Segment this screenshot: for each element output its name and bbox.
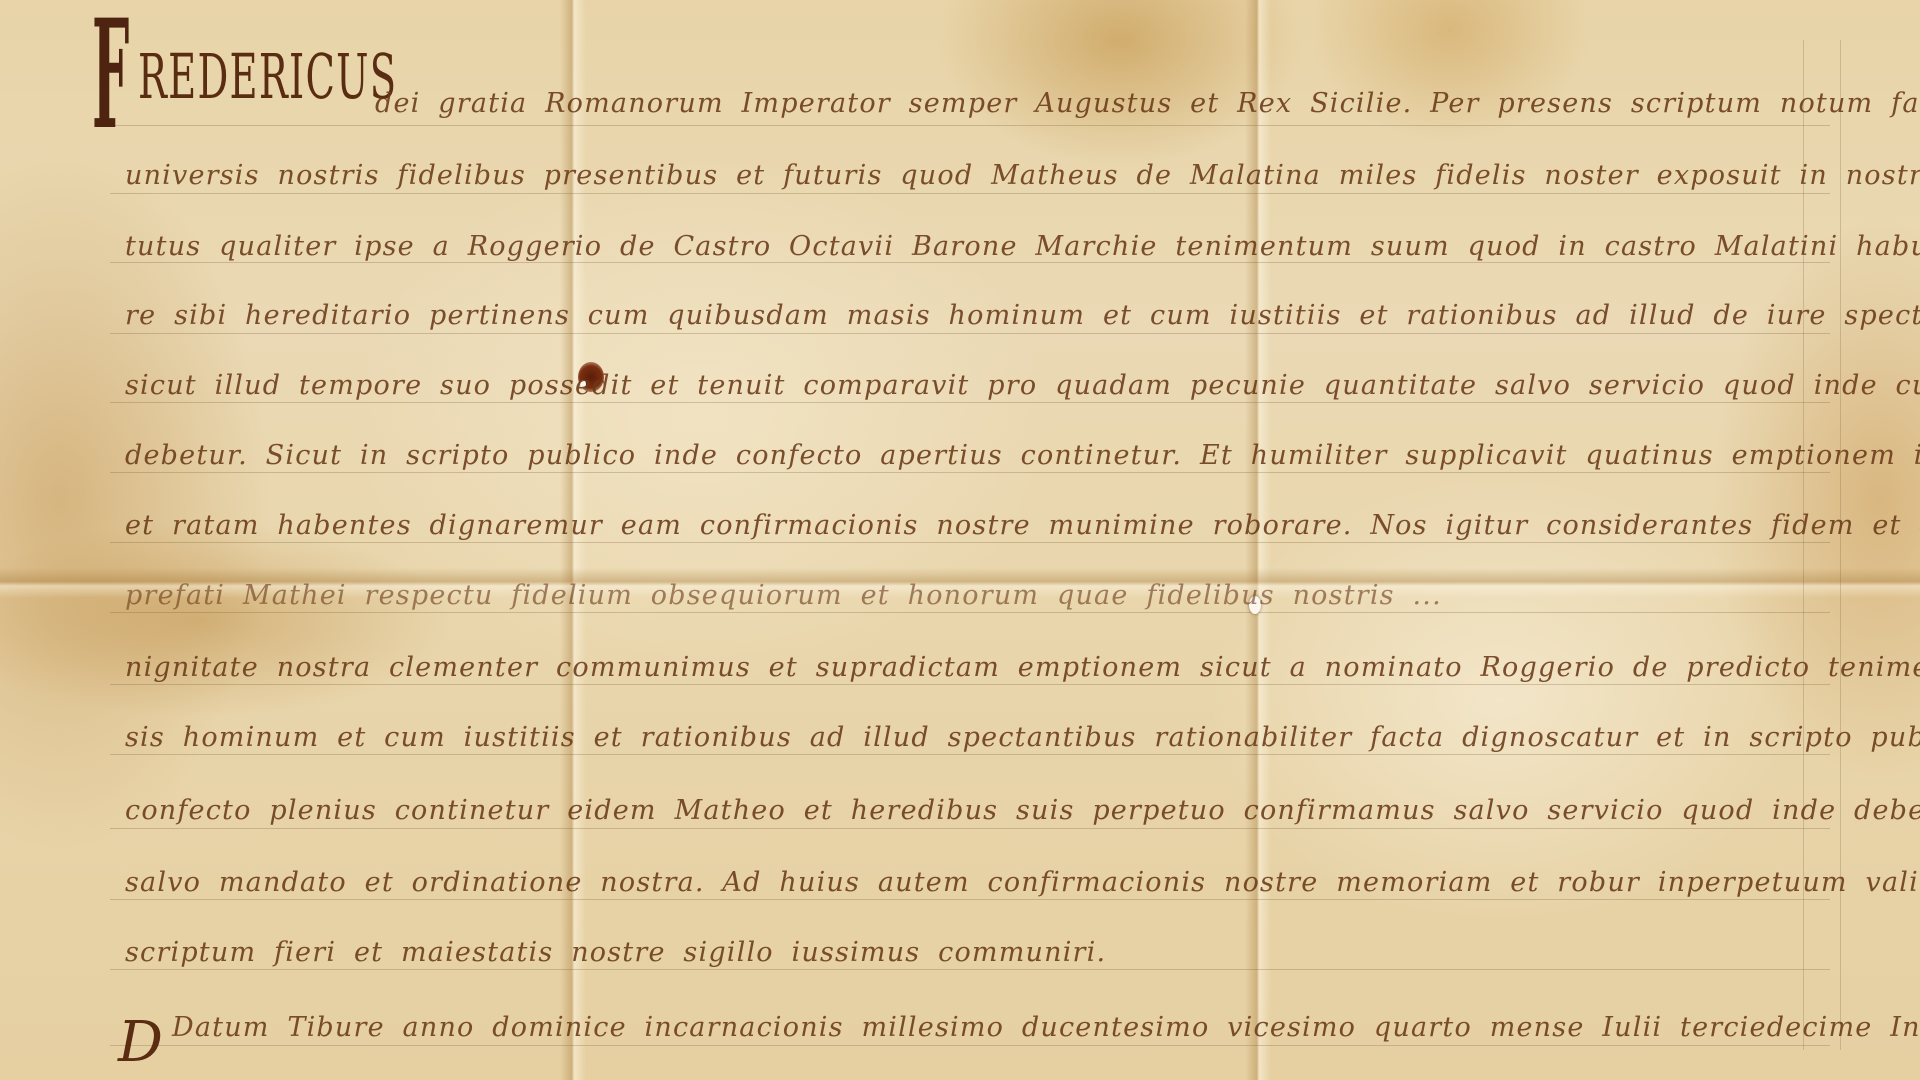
text-line-1: dei gratia Romanorum Imperator semper Au… bbox=[375, 88, 1920, 119]
ruling-line bbox=[110, 1045, 1830, 1046]
text-line-11: confecto plenius continetur eidem Matheo… bbox=[125, 795, 1920, 826]
ruling-line bbox=[110, 333, 1830, 334]
text-line-3: tutus qualiter ipse a Roggerio de Castro… bbox=[125, 231, 1920, 262]
text-line-2: universis nostris fidelibus presentibus … bbox=[125, 160, 1920, 191]
charter-parchment: F REDERICUS dei gratia Romanorum Imperat… bbox=[0, 0, 1920, 1080]
text-line-9: nignitate nostra clementer communimus et… bbox=[125, 652, 1920, 683]
elongated-script-heading: REDERICUS bbox=[138, 40, 397, 113]
ruling-line bbox=[110, 542, 1830, 543]
ruling-line bbox=[110, 969, 1830, 970]
ruling-line bbox=[110, 899, 1830, 900]
text-line-13: scriptum fieri et maiestatis nostre sigi… bbox=[125, 937, 1106, 968]
ruling-line bbox=[110, 684, 1830, 685]
dating-clause-initial: D bbox=[118, 1010, 163, 1075]
text-line-8: prefati Mathei respectu fidelium obsequi… bbox=[125, 580, 1442, 611]
ruling-line bbox=[110, 262, 1830, 263]
ruling-line bbox=[110, 125, 1830, 126]
margin-rule bbox=[1803, 40, 1804, 1050]
text-line-7: et ratam habentes dignaremur eam confirm… bbox=[125, 510, 1920, 541]
text-line-12: salvo mandato et ordinatione nostra. Ad … bbox=[125, 867, 1920, 898]
margin-rule bbox=[1840, 40, 1841, 1050]
text-line-10: sis hominum et cum iustitiis et rationib… bbox=[125, 722, 1920, 753]
text-line-6: debetur. Sicut in scripto publico inde c… bbox=[125, 440, 1920, 471]
ruling-line bbox=[110, 472, 1830, 473]
ruling-line bbox=[110, 754, 1830, 755]
decorated-initial: F bbox=[92, 0, 129, 150]
text-line-5: sicut illud tempore suo possedit et tenu… bbox=[125, 370, 1920, 401]
ruling-line bbox=[110, 402, 1830, 403]
ruling-line bbox=[110, 193, 1830, 194]
ruling-line bbox=[110, 612, 1830, 613]
ruling-line bbox=[110, 828, 1830, 829]
text-line-4: re sibi hereditario pertinens cum quibus… bbox=[125, 300, 1920, 331]
dating-clause-line: Datum Tibure anno dominice incarnacionis… bbox=[172, 1012, 1920, 1043]
